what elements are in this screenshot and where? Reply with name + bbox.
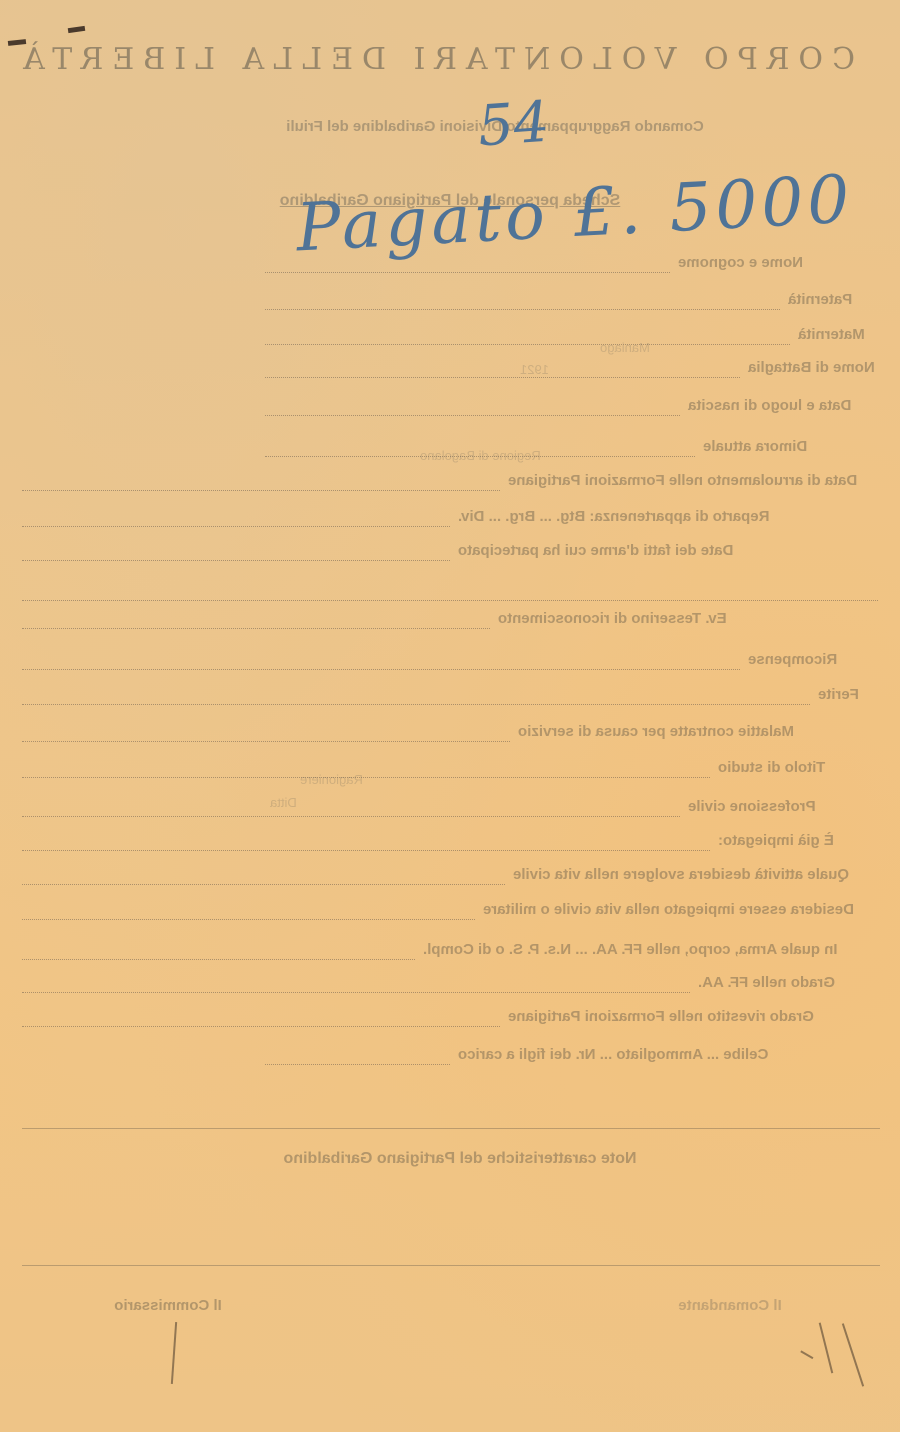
field-label: Date dei fatti d'arme cui ha partecipato	[458, 542, 878, 559]
faint-entry: Regione di Bagolano	[420, 448, 541, 463]
field-entry-line[interactable]	[22, 816, 680, 817]
field-entry-line[interactable]	[22, 560, 450, 561]
handwritten-number: 54	[476, 90, 552, 160]
field-label: Titolo di studio	[718, 759, 878, 776]
field-label: Data e luogo di nascita	[688, 397, 878, 414]
field-label: Professione civile	[688, 798, 878, 815]
field-entry-line[interactable]	[265, 377, 740, 378]
field-label: In quale Arma, corpo, nelle FF. AA. ... …	[423, 941, 878, 958]
field-entry-line[interactable]	[265, 309, 780, 310]
field-entry-line[interactable]	[22, 741, 510, 742]
field-label: Grado nelle FF. AA.	[698, 974, 878, 991]
field-entry-line[interactable]	[22, 959, 415, 960]
field-entry-line[interactable]	[265, 272, 670, 273]
field-label: Nome e cognome	[678, 254, 878, 271]
faint-entry: 1921	[520, 362, 549, 377]
field-entry-line[interactable]	[22, 777, 710, 778]
field-entry-line[interactable]	[22, 628, 490, 629]
field-entry-line[interactable]	[22, 526, 450, 527]
field-entry-line[interactable]	[22, 884, 505, 885]
field-label: Desidera essere impiegato nella vita civ…	[483, 901, 878, 918]
field-entry-line[interactable]	[265, 344, 790, 345]
faint-entry: Ragioniere	[300, 772, 363, 787]
separator-line	[22, 1265, 880, 1266]
faint-entry: Ditta	[270, 795, 297, 810]
field-label: Grado rivestito nelle Formazioni Partigi…	[508, 1008, 878, 1025]
field-entry-line[interactable]	[265, 415, 680, 416]
field-label: Celibe ... Ammogliato ... Nr. dei figli …	[458, 1046, 878, 1063]
field-label: Ev. Tesserino di riconoscimento	[498, 610, 878, 627]
field-label: Ricompense	[748, 651, 878, 668]
field-entry-line[interactable]	[22, 919, 475, 920]
field-entry-line[interactable]	[22, 1026, 500, 1027]
separator-line	[22, 1128, 880, 1129]
signature-commander-label: Il Comandante	[640, 1297, 820, 1314]
field-label: Nome di Battaglia	[748, 359, 878, 376]
field-label: È già impiegato:	[718, 832, 878, 849]
section-title: Note caratteristiche del Partigiano Gari…	[200, 1150, 720, 1168]
field-entry-line[interactable]	[265, 1064, 450, 1065]
field-label: Reparto di appartenenza: Btg. ... Brg. .…	[458, 508, 878, 525]
field-label: Quale attività desidera svolgere nella v…	[513, 866, 878, 883]
field-entry-line[interactable]	[22, 850, 710, 851]
field-label: Maternità	[798, 326, 878, 343]
field-entry-line[interactable]	[22, 669, 740, 670]
field-entry-line[interactable]	[22, 992, 690, 993]
field-label: Dimora attuale	[703, 438, 878, 455]
faint-entry: Maniago	[600, 340, 650, 355]
field-entry-line[interactable]	[22, 490, 500, 491]
field-entry-line[interactable]	[22, 600, 878, 601]
signature-commissar-label: Il Commissario	[88, 1297, 248, 1314]
field-entry-line[interactable]	[22, 704, 810, 705]
field-label: Data di arruolamento nelle Formazioni Pa…	[508, 472, 878, 489]
form-header-title: CORPO VOLONTARI DELLA LIBERTÀ	[40, 42, 855, 77]
field-label: Malattie contratte per causa di servizio	[518, 723, 878, 740]
field-label: Paternità	[788, 291, 878, 308]
field-label: Ferite	[818, 686, 878, 703]
